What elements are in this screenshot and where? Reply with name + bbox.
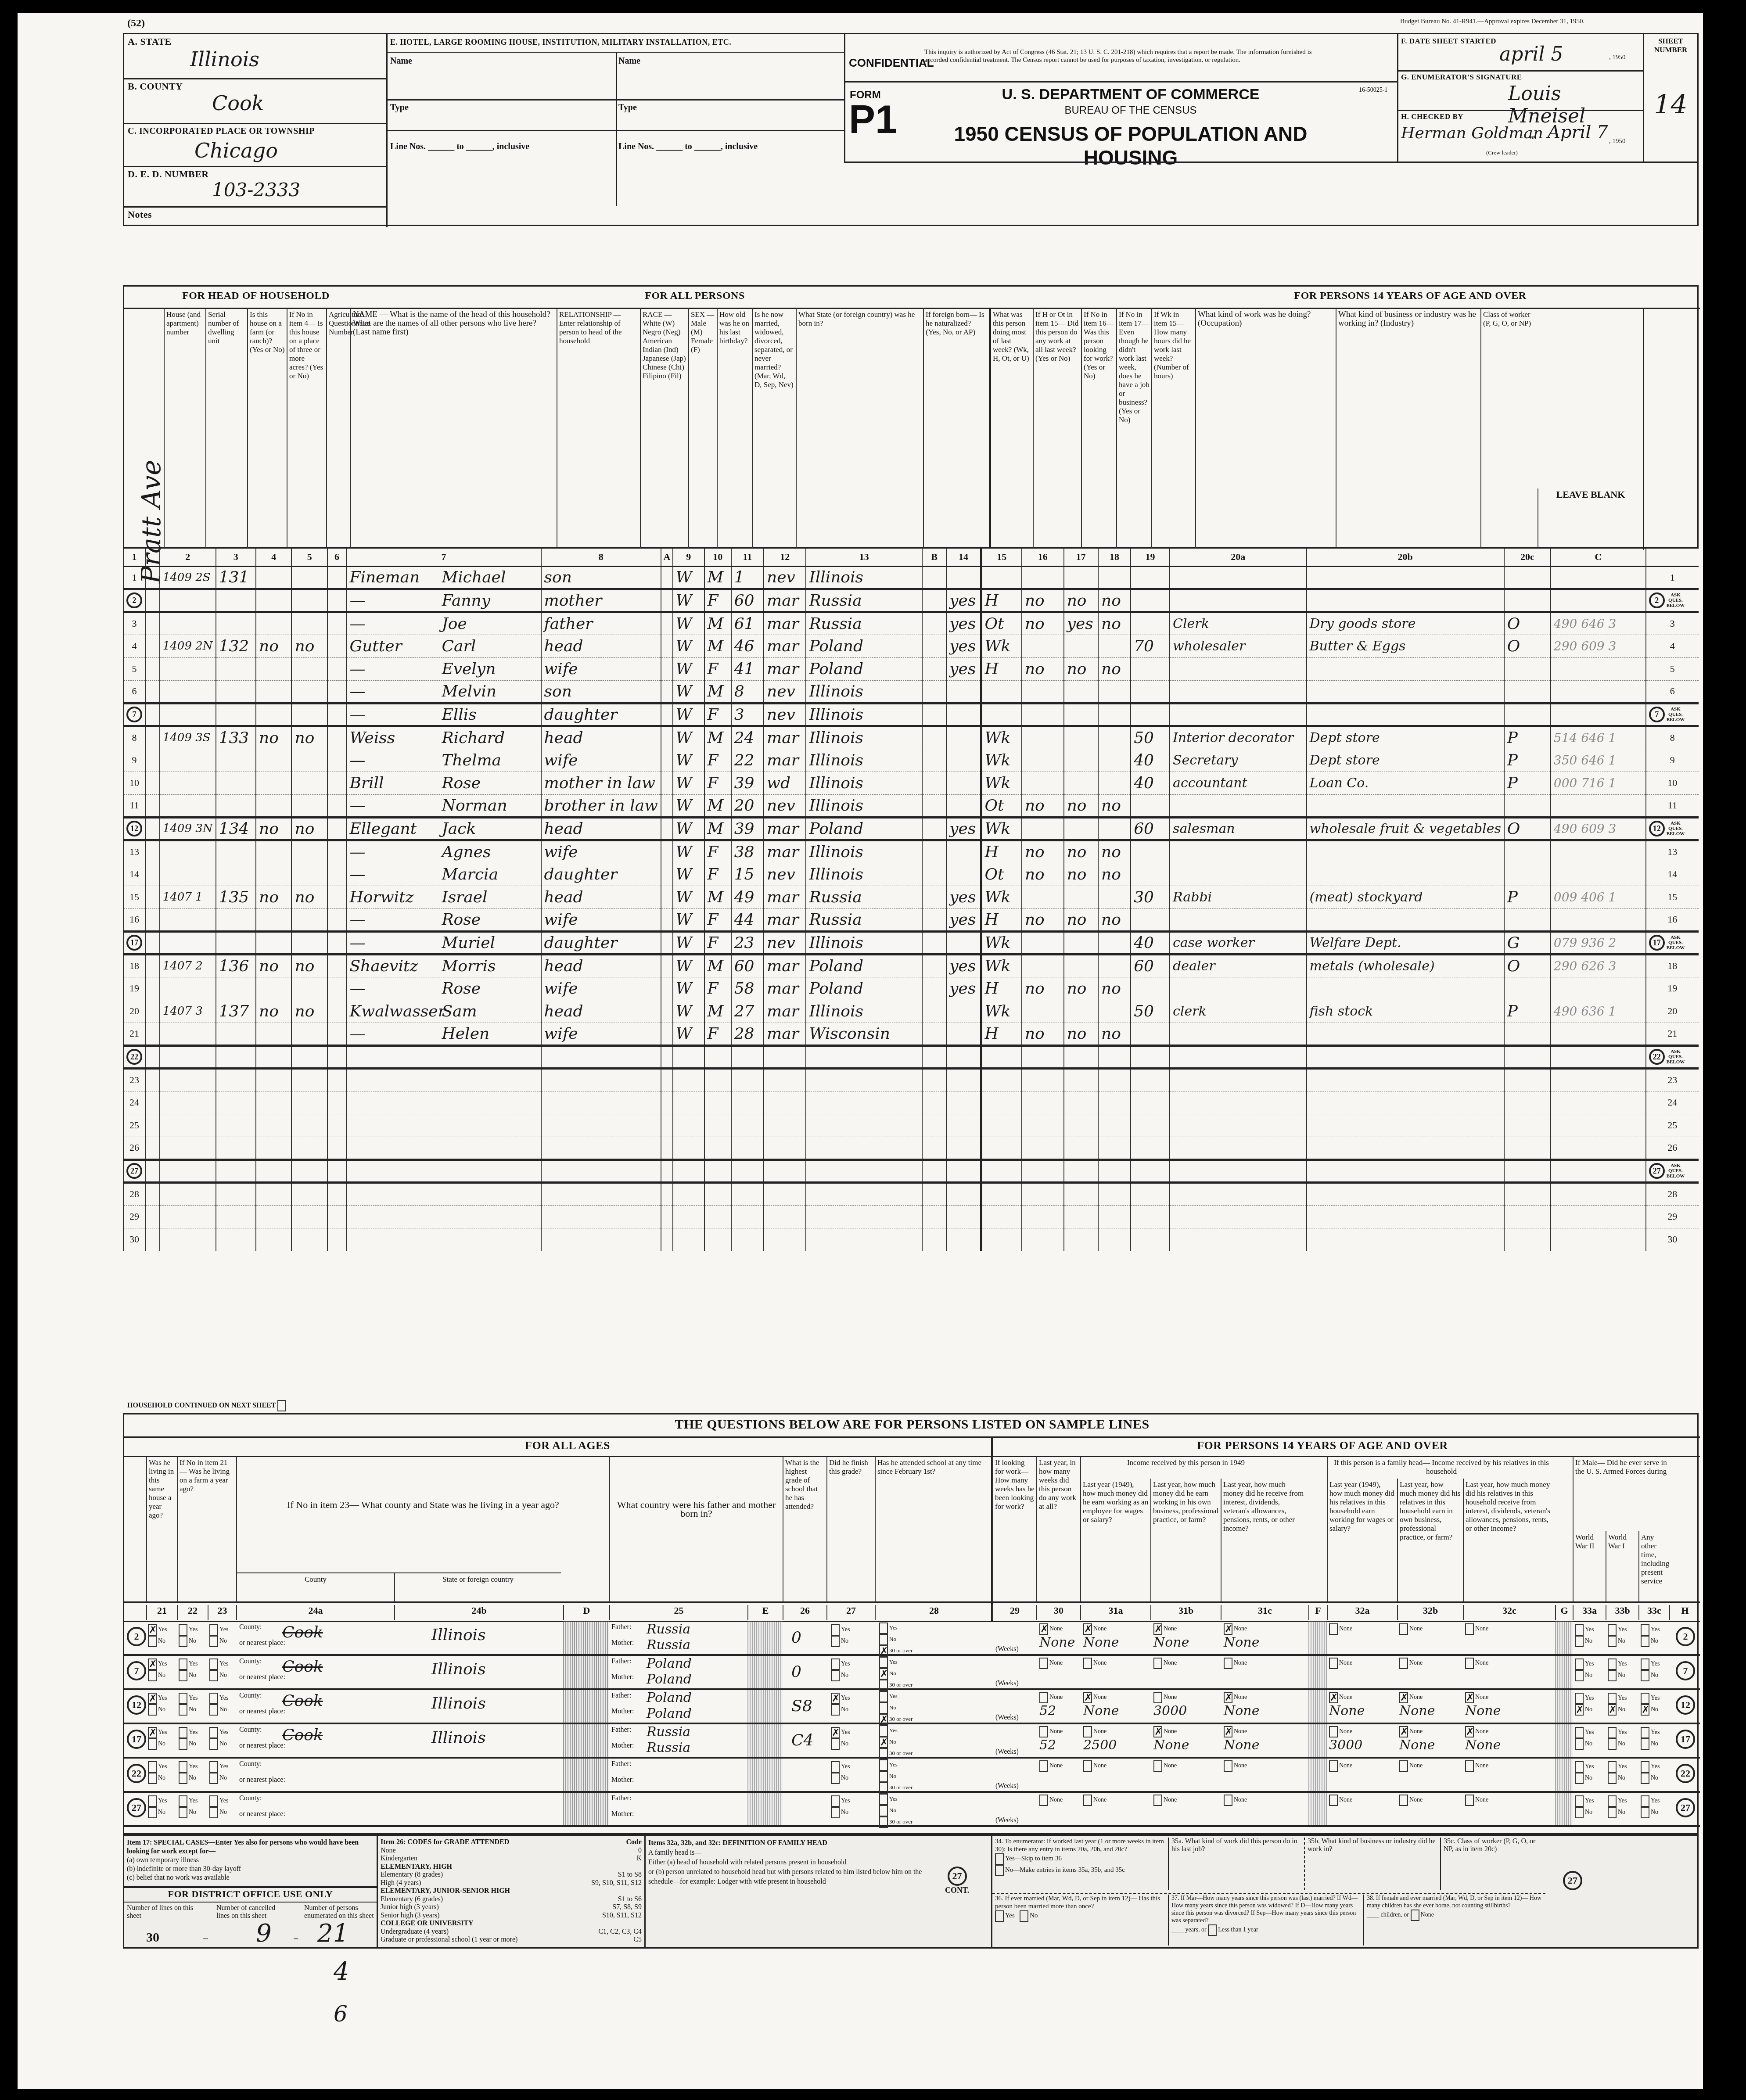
cell-activity <box>981 566 1022 589</box>
leave-blank-f <box>1308 1759 1327 1791</box>
c32b-none[interactable]: ✗ <box>1399 1692 1408 1703</box>
cell-birthplace: Russia <box>806 908 922 931</box>
c32c-none[interactable]: ✗ <box>1465 1692 1474 1703</box>
cell-industry: Welfare Dept. <box>1307 931 1504 954</box>
c31a-none[interactable] <box>1083 1760 1092 1772</box>
c28-no[interactable] <box>879 1702 888 1714</box>
household-continued-checkbox[interactable] <box>277 1400 286 1411</box>
cell-c16: no <box>1022 589 1064 612</box>
leave-blank-f <box>1308 1724 1327 1757</box>
cell-c18 <box>1098 680 1131 703</box>
c31c-none[interactable]: ✗ <box>1224 1623 1232 1635</box>
c33b-no[interactable] <box>1608 1807 1617 1818</box>
c33a-no[interactable]: ✗ <box>1575 1704 1584 1716</box>
cell-race: W <box>673 954 704 977</box>
leave-blank-g <box>1555 1724 1573 1757</box>
c27-no[interactable] <box>831 1636 840 1647</box>
c33c-yes[interactable] <box>1641 1795 1649 1807</box>
c31a-none[interactable]: ✗ <box>1083 1623 1092 1635</box>
c33a-no[interactable] <box>1575 1773 1584 1784</box>
line-number: 11 <box>123 794 145 817</box>
c27-no[interactable] <box>831 1738 840 1750</box>
c32c-none[interactable] <box>1465 1760 1474 1772</box>
cell-codes <box>1551 840 1646 863</box>
cell-class: O <box>1504 612 1551 635</box>
leave-blank-f <box>1308 1656 1327 1688</box>
cell-class <box>1504 840 1551 863</box>
c23-yes[interactable] <box>209 1727 218 1738</box>
q36-yes-checkbox[interactable] <box>995 1910 1004 1922</box>
line-number-right: 5 <box>1646 657 1699 680</box>
c23-yes[interactable] <box>209 1624 218 1636</box>
c28-no[interactable] <box>879 1805 888 1816</box>
c21-yes[interactable]: ✗ <box>148 1727 157 1738</box>
c28-yes[interactable] <box>879 1691 888 1702</box>
institution-label: e. HOTEL, LARGE ROOMING HOUSE, INSTITUTI… <box>390 38 731 47</box>
c23-no[interactable] <box>209 1738 218 1750</box>
c32c-none[interactable] <box>1465 1795 1474 1806</box>
table-row: 2525 <box>123 1114 1699 1137</box>
cell-farm <box>256 1159 291 1182</box>
cell-serial: 136 <box>216 954 256 977</box>
c28-no[interactable] <box>879 1634 888 1645</box>
c33c-no[interactable] <box>1641 1636 1649 1647</box>
c33c-no[interactable] <box>1641 1670 1649 1681</box>
c33b-no[interactable] <box>1608 1636 1617 1647</box>
cell-c16: no <box>1022 612 1064 635</box>
c21-yes[interactable] <box>148 1761 157 1773</box>
c28-yes[interactable] <box>879 1759 888 1771</box>
cell-codes <box>1551 566 1646 589</box>
c22-no[interactable] <box>179 1773 187 1784</box>
c22-no[interactable] <box>179 1704 187 1716</box>
c21-no[interactable] <box>148 1773 157 1784</box>
cell-race: W <box>673 566 704 589</box>
cell-nat <box>946 863 981 886</box>
cell-rel <box>541 1182 661 1205</box>
c28-30-or-over[interactable] <box>879 1816 888 1828</box>
c28-30-or-over[interactable] <box>879 1680 888 1691</box>
c28-no[interactable]: ✗ <box>879 1668 888 1680</box>
cell-codes: 490 636 1 <box>1551 1000 1646 1023</box>
c30-none[interactable] <box>1039 1658 1048 1669</box>
c21-no[interactable] <box>148 1807 157 1818</box>
c33c-yes[interactable] <box>1641 1693 1649 1704</box>
c27-no[interactable] <box>831 1773 840 1784</box>
c33b-yes[interactable] <box>1608 1761 1617 1773</box>
table-row: 2323 <box>123 1068 1699 1091</box>
c21-no[interactable] <box>148 1670 157 1681</box>
c21-no[interactable] <box>148 1636 157 1647</box>
cell-age <box>731 1114 764 1137</box>
cell-industry: Dry goods store <box>1307 612 1504 635</box>
c33b-no[interactable] <box>1608 1738 1617 1750</box>
questions-34-38: 34. To enumerator: If worked last year (… <box>991 1836 1700 1947</box>
c22-yes[interactable] <box>179 1761 187 1773</box>
cell-house <box>160 977 216 1000</box>
person-name: —Melvin <box>346 680 541 703</box>
c23-yes[interactable] <box>209 1658 218 1670</box>
cell-nat <box>946 726 981 749</box>
table-row: 17—MurieldaughterWF23nevIllinoisWk40case… <box>123 931 1699 954</box>
cell-c18: no <box>1098 612 1131 635</box>
cell-occupation <box>1170 977 1307 1000</box>
c28-no[interactable]: ✗ <box>879 1737 888 1748</box>
cell-occupation <box>1170 1114 1307 1137</box>
c33c-no[interactable] <box>1641 1807 1649 1818</box>
cell-birthplace: Illinois <box>806 749 922 772</box>
q34-yes-checkbox[interactable] <box>995 1853 1004 1865</box>
cell-house <box>160 612 216 635</box>
place-label: c. INCORPORATED PLACE OR TOWNSHIP <box>128 126 315 136</box>
c33a-yes[interactable] <box>1575 1624 1584 1636</box>
c27-no[interactable] <box>831 1670 840 1681</box>
c32b-none[interactable] <box>1399 1658 1408 1669</box>
c33c-no[interactable]: ✗ <box>1641 1704 1649 1716</box>
c30-none[interactable] <box>1039 1726 1048 1737</box>
cell-c18: no <box>1098 977 1131 1000</box>
c28-30-or-over[interactable]: ✗ <box>879 1714 888 1725</box>
q37-less-than-1-checkbox[interactable] <box>1208 1924 1217 1936</box>
c33a-no[interactable] <box>1575 1636 1584 1647</box>
location-block: a. STATE Illinois b. COUNTY Cook c. INCO… <box>124 34 388 227</box>
cell-age <box>731 1137 764 1159</box>
cell-serial <box>216 1068 256 1091</box>
c32b-none[interactable]: ✗ <box>1399 1726 1408 1737</box>
cell-marital: nev <box>764 680 806 703</box>
c31c-none[interactable] <box>1224 1658 1232 1669</box>
cell-class <box>1504 1228 1551 1251</box>
cell-sex: F <box>704 931 731 954</box>
c30-none[interactable] <box>1039 1795 1048 1806</box>
cell-birthplace: Poland <box>806 635 922 657</box>
c21-yes[interactable]: ✗ <box>148 1624 157 1636</box>
cell-sex: F <box>704 589 731 612</box>
cell-industry: Dept store <box>1307 749 1504 772</box>
c33a-yes[interactable] <box>1575 1761 1584 1773</box>
c22-yes[interactable] <box>179 1727 187 1738</box>
c31b-none[interactable] <box>1153 1658 1162 1669</box>
sample-line-number: 22 <box>127 1764 146 1783</box>
c33c-yes[interactable] <box>1641 1761 1649 1773</box>
c33b-yes[interactable] <box>1608 1693 1617 1704</box>
c33b-yes[interactable] <box>1608 1658 1617 1670</box>
c32c-none[interactable] <box>1465 1658 1474 1669</box>
c32c-none[interactable] <box>1465 1623 1474 1635</box>
cell-farm <box>256 1045 291 1068</box>
cell-age: 22 <box>731 749 764 772</box>
c21-yes[interactable] <box>148 1795 157 1807</box>
cell-c17 <box>1064 680 1098 703</box>
table-row: 6—MelvinsonWM8nevIllinois6 <box>123 680 1699 703</box>
cell-codes <box>1551 1182 1646 1205</box>
c33a-no[interactable] <box>1575 1738 1584 1750</box>
cell-house <box>160 1228 216 1251</box>
cell-activity <box>981 1228 1022 1251</box>
person-name: —Norman <box>346 794 541 817</box>
leave-blank-d <box>563 1759 609 1791</box>
grade-code-item: ELEMENTARY, HIGH <box>381 1863 642 1871</box>
c32a-none[interactable] <box>1329 1726 1338 1737</box>
cell-acres <box>291 1114 327 1137</box>
date-label: f. DATE SHEET STARTED <box>1401 37 1496 46</box>
c33c-yes[interactable] <box>1641 1727 1649 1738</box>
c23-yes[interactable] <box>209 1693 218 1704</box>
c22-yes[interactable] <box>179 1795 187 1807</box>
cell-codes <box>1551 589 1646 612</box>
checked-by: Herman Goldman <box>1401 124 1543 142</box>
c28-30-or-over[interactable]: ✗ <box>879 1645 888 1657</box>
c31c-none[interactable] <box>1224 1795 1232 1806</box>
c31b-none[interactable]: ✗ <box>1153 1623 1162 1635</box>
c21-no[interactable] <box>148 1738 157 1750</box>
cell-activity: Wk <box>981 817 1022 840</box>
grade-code-item: Graduate or professional school (1 year … <box>381 1936 642 1944</box>
line-number: 28 <box>123 1182 145 1205</box>
c32a-none[interactable] <box>1329 1623 1338 1635</box>
c21-no[interactable] <box>148 1704 157 1716</box>
cell-serial <box>216 1182 256 1205</box>
c33b-no[interactable] <box>1608 1773 1617 1784</box>
c33a-no[interactable] <box>1575 1670 1584 1681</box>
c23-no[interactable] <box>209 1807 218 1818</box>
c22-no[interactable] <box>179 1636 187 1647</box>
cell-nat <box>946 749 981 772</box>
cell-rel: brother in law <box>541 794 661 817</box>
c22-no[interactable] <box>179 1807 187 1818</box>
c31a-none[interactable] <box>1083 1658 1092 1669</box>
c27-no[interactable] <box>831 1704 840 1716</box>
census-sheet: (52) Budget Bureau No. 41-R941.—Approval… <box>18 13 1703 2089</box>
cell-marital: mar <box>764 1000 806 1023</box>
cell-house <box>160 680 216 703</box>
c22-no[interactable] <box>179 1738 187 1750</box>
c30-none[interactable]: ✗ <box>1039 1623 1048 1635</box>
cell-codes: 350 646 1 <box>1551 749 1646 772</box>
cell-occupation: Rabbi <box>1170 886 1307 908</box>
c28-30-or-over[interactable] <box>879 1782 888 1794</box>
c33a-yes[interactable] <box>1575 1693 1584 1704</box>
cell-class: P <box>1504 726 1551 749</box>
c31a-none[interactable]: ✗ <box>1083 1692 1092 1703</box>
cell-hours <box>1131 1159 1170 1182</box>
cell-industry: Dept store <box>1307 726 1504 749</box>
line-number: 18 <box>123 954 145 977</box>
c21-yes[interactable]: ✗ <box>148 1693 157 1704</box>
line-number: 26 <box>123 1137 145 1159</box>
c27-yes[interactable] <box>831 1761 840 1773</box>
c33a-yes[interactable] <box>1575 1727 1584 1738</box>
c32a-none[interactable]: ✗ <box>1329 1692 1338 1703</box>
cell-marital <box>764 1159 806 1182</box>
c22-no[interactable] <box>179 1670 187 1681</box>
cell-birthplace: Poland <box>806 977 922 1000</box>
c31c-none[interactable]: ✗ <box>1224 1692 1232 1703</box>
c31b-none[interactable] <box>1153 1760 1162 1772</box>
cell-marital: mar <box>764 589 806 612</box>
c23-no[interactable] <box>209 1704 218 1716</box>
c23-no[interactable] <box>209 1773 218 1784</box>
c30-none[interactable] <box>1039 1760 1048 1772</box>
c32c-none[interactable]: ✗ <box>1465 1726 1474 1737</box>
c32b-none[interactable] <box>1399 1795 1408 1806</box>
c33c-no[interactable] <box>1641 1773 1649 1784</box>
c33b-yes[interactable] <box>1608 1795 1617 1807</box>
c28-30-or-over[interactable] <box>879 1748 888 1759</box>
c31a-none[interactable] <box>1083 1726 1092 1737</box>
cell-class <box>1504 977 1551 1000</box>
leave-blank-g <box>1555 1690 1573 1723</box>
c28-yes[interactable] <box>879 1794 888 1805</box>
c22-yes[interactable] <box>179 1693 187 1704</box>
c33a-no[interactable] <box>1575 1807 1584 1818</box>
line-number-right: 24 <box>1646 1091 1699 1114</box>
c33b-yes[interactable] <box>1608 1727 1617 1738</box>
cell-class: G <box>1504 931 1551 954</box>
c23-no[interactable] <box>209 1670 218 1681</box>
line-number: 25 <box>123 1114 145 1137</box>
cell-marital: nev <box>764 863 806 886</box>
cell-c16 <box>1022 1205 1064 1228</box>
cell-farm <box>256 1114 291 1137</box>
cell-hours: 30 <box>1131 886 1170 908</box>
c32a-none[interactable] <box>1329 1760 1338 1772</box>
cell-class: O <box>1504 635 1551 657</box>
c33c-no[interactable] <box>1641 1738 1649 1750</box>
household-continued: HOUSEHOLD CONTINUED ON NEXT SHEET <box>127 1400 287 1411</box>
cell-activity <box>981 1045 1022 1068</box>
q36-no-checkbox[interactable] <box>1020 1910 1028 1922</box>
cell-hours <box>1131 977 1170 1000</box>
cell-house <box>160 908 216 931</box>
c33b-yes[interactable] <box>1608 1624 1617 1636</box>
c21-yes[interactable]: ✗ <box>148 1658 157 1670</box>
cell-serial <box>216 1023 256 1045</box>
q34-no-checkbox[interactable] <box>995 1865 1004 1876</box>
cell-occupation: dealer <box>1170 954 1307 977</box>
confidential-label: CONFIDENTIAL <box>849 56 934 70</box>
c33a-yes[interactable] <box>1575 1795 1584 1807</box>
cell-house <box>160 1068 216 1091</box>
sample-row: 22 YesNo YesNo YesNo County: or nearest … <box>124 1759 1700 1793</box>
c33b-no[interactable]: ✗ <box>1608 1704 1617 1716</box>
table-row: 3030 <box>123 1228 1699 1251</box>
census-table: 1 23 45 67 8A 910 1112 13B 1415 1617 181… <box>123 549 1699 1251</box>
cell-age: 61 <box>731 612 764 635</box>
c30-none[interactable] <box>1039 1692 1048 1703</box>
cell-rel: daughter <box>541 703 661 726</box>
cell-hours: 50 <box>1131 1000 1170 1023</box>
cell-race: W <box>673 794 704 817</box>
c33a-yes[interactable] <box>1575 1658 1584 1670</box>
c22-yes[interactable] <box>179 1624 187 1636</box>
c27-yes[interactable] <box>831 1624 840 1636</box>
c27-yes[interactable]: ✗ <box>831 1693 840 1704</box>
c27-no[interactable] <box>831 1807 840 1818</box>
cell-c17: no <box>1064 657 1098 680</box>
line-number-right: 4 <box>1646 635 1699 657</box>
c27-yes[interactable] <box>831 1658 840 1670</box>
c28-no[interactable] <box>879 1771 888 1782</box>
c31b-none[interactable]: ✗ <box>1153 1726 1162 1737</box>
cell-acres <box>291 772 327 794</box>
c28-yes[interactable] <box>879 1657 888 1668</box>
header-c17: If No in item 16— Was this person lookin… <box>1081 309 1116 548</box>
c27-yes[interactable]: ✗ <box>831 1727 840 1738</box>
cell-farm <box>256 931 291 954</box>
cell-c17: no <box>1064 1023 1098 1045</box>
cell-c18 <box>1098 1137 1131 1159</box>
cell-class <box>1504 794 1551 817</box>
c31c-none[interactable]: ✗ <box>1224 1726 1232 1737</box>
cell-class: P <box>1504 772 1551 794</box>
cell-c16 <box>1022 1045 1064 1068</box>
c31a-none[interactable] <box>1083 1795 1092 1806</box>
cell-acres: no <box>291 1000 327 1023</box>
cell-serial <box>216 772 256 794</box>
c28-yes[interactable] <box>879 1623 888 1634</box>
cell-age: 28 <box>731 1023 764 1045</box>
c23-yes[interactable] <box>209 1795 218 1807</box>
table-row: 10BrillRosemother in lawWF39wdIllinoisWk… <box>123 772 1699 794</box>
cell-house <box>160 1114 216 1137</box>
cell-nat: yes <box>946 977 981 1000</box>
cell-activity: Wk <box>981 1000 1022 1023</box>
q38-none-checkbox[interactable] <box>1411 1910 1419 1921</box>
cell-sex: M <box>704 612 731 635</box>
line-number-right: 9 <box>1646 749 1699 772</box>
c33c-yes[interactable] <box>1641 1658 1649 1670</box>
cell-hours <box>1131 612 1170 635</box>
sample-row: 17 ✗YesNo YesNo YesNo County: or nearest… <box>124 1724 1700 1759</box>
cell-nat <box>946 1091 981 1114</box>
cell-industry <box>1307 1205 1504 1228</box>
c27-yes[interactable] <box>831 1795 840 1807</box>
prior-county: Cook <box>282 1623 323 1641</box>
line-number-right: 8 <box>1646 726 1699 749</box>
header-c33: If Male— Did he ever serve in the U. S. … <box>1573 1457 1669 1531</box>
c31c-none[interactable] <box>1224 1760 1232 1772</box>
line-number-right: 18 <box>1646 954 1699 977</box>
sheet-info: f. DATE SHEET STARTED april 5 , 1950 g. … <box>1397 34 1643 162</box>
c33c-yes[interactable] <box>1641 1624 1649 1636</box>
c23-yes[interactable] <box>209 1761 218 1773</box>
c32b-none[interactable] <box>1399 1623 1408 1635</box>
c31b-none[interactable] <box>1153 1692 1162 1703</box>
person-name: EllegantJack <box>346 817 541 840</box>
c22-yes[interactable] <box>179 1658 187 1670</box>
c32a-none[interactable] <box>1329 1795 1338 1806</box>
c33b-no[interactable] <box>1608 1670 1617 1681</box>
cell-c17: no <box>1064 840 1098 863</box>
c32b-none[interactable] <box>1399 1760 1408 1772</box>
c23-no[interactable] <box>209 1636 218 1647</box>
cell-house <box>160 772 216 794</box>
cell-sex: F <box>704 908 731 931</box>
line-number-right: 23 <box>1646 1068 1699 1091</box>
c32a-none[interactable] <box>1329 1658 1338 1669</box>
cell-house <box>160 1023 216 1045</box>
cell-farm: no <box>256 635 291 657</box>
c31b-none[interactable] <box>1153 1795 1162 1806</box>
c28-yes[interactable] <box>879 1725 888 1737</box>
cell-codes: 290 609 3 <box>1551 635 1646 657</box>
title-block: CONFIDENTIAL This inquiry is authorized … <box>844 34 1397 162</box>
header-c11: How old was he on his last birthday? <box>717 309 752 548</box>
leave-blank-e <box>747 1656 783 1688</box>
cell-c16 <box>1022 1091 1064 1114</box>
cell-sex <box>704 1137 731 1159</box>
